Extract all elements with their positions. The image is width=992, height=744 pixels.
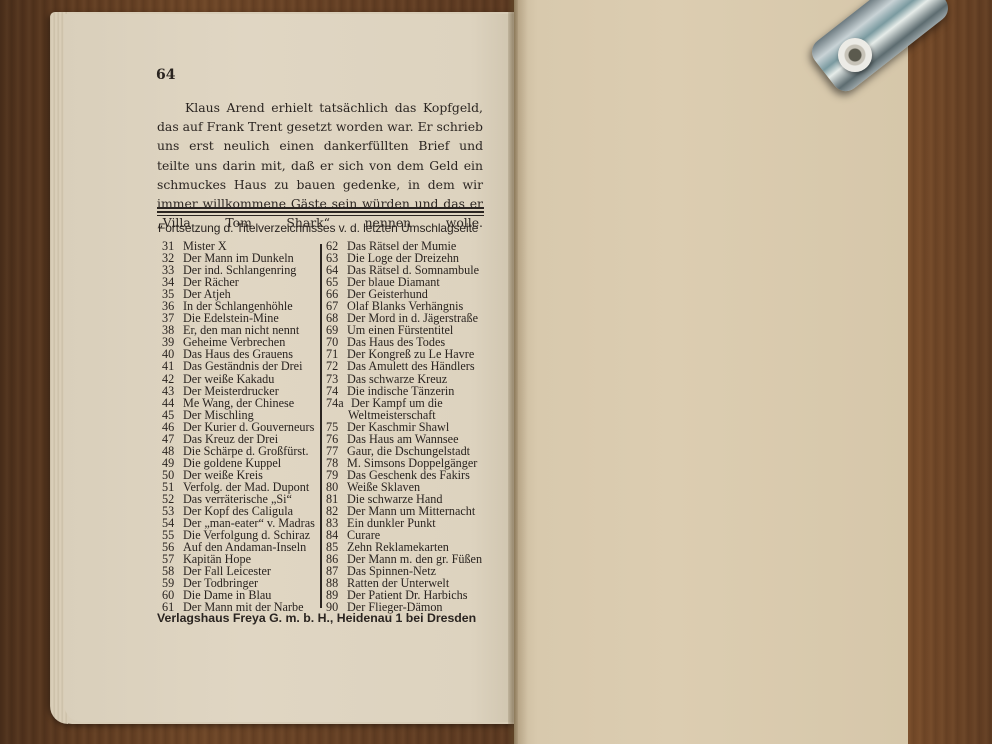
title-list-item: 74Die indische Tänzerin: [326, 385, 491, 397]
item-title: Me Wang, der Chinese: [183, 397, 294, 409]
item-number: 46: [162, 421, 180, 433]
pen-cap-icon: [838, 38, 872, 72]
title-list-item: 46Der Kurier d. Gouverneurs: [162, 421, 320, 433]
triple-rule-divider: [157, 207, 484, 217]
rule-line: [157, 207, 484, 209]
item-number: 47: [162, 433, 180, 445]
title-list-item: 72Das Amulett des Händlers: [326, 360, 491, 372]
rule-line: [157, 211, 484, 213]
item-title: Der Kurier d. Gouverneurs: [183, 421, 314, 433]
title-list-item: Weltmeisterschaft: [326, 409, 491, 421]
item-number: 44: [162, 397, 180, 409]
item-title: Die indische Tänzerin: [347, 385, 454, 397]
item-title: Weltmeisterschaft: [348, 409, 436, 421]
item-number: 72: [326, 360, 344, 372]
right-page-blank: [514, 0, 908, 744]
item-title: Das Haus am Wannsee: [347, 433, 459, 445]
item-title: Das Geständnis der Drei: [183, 360, 302, 372]
title-list-item: 75Der Kaschmir Shawl: [326, 421, 491, 433]
title-list-item: 74aDer Kampf um die: [326, 397, 491, 409]
item-title: Der Meisterdrucker: [183, 385, 279, 397]
item-number: 43: [162, 385, 180, 397]
title-list-item: 43Der Meisterdrucker: [162, 385, 320, 397]
title-list-heading: Fortsetzung d. Titelverzeichnisses v. d.…: [158, 221, 488, 235]
item-title: Der Kaschmir Shawl: [347, 421, 449, 433]
title-list-item: 44Me Wang, der Chinese: [162, 397, 320, 409]
item-number: 74a: [326, 397, 348, 409]
item-number: 42: [162, 373, 180, 385]
item-title: Der Mischling: [183, 409, 254, 421]
title-list-right-column: 62Das Rätsel der Mumie63Die Loge der Dre…: [326, 240, 491, 613]
item-number: 45: [162, 409, 180, 421]
book-gutter: [508, 0, 518, 744]
item-number: 41: [162, 360, 180, 372]
item-number: 74: [326, 385, 344, 397]
title-list-item: 73Das schwarze Kreuz: [326, 373, 491, 385]
page-number: 64: [156, 67, 175, 83]
publisher-imprint: Verlagshaus Freya G. m. b. H., Heidenau …: [157, 611, 476, 625]
item-title: Das schwarze Kreuz: [347, 373, 447, 385]
title-list-item: 41Das Geständnis der Drei: [162, 360, 320, 372]
title-list-left-column: 31Mister X32Der Mann im Dunkeln33Der ind…: [162, 240, 320, 613]
item-title: Der weiße Kakadu: [183, 373, 274, 385]
item-number: 76: [326, 433, 344, 445]
item-title: Der Kampf um die: [351, 397, 443, 409]
title-list-item: 47Das Kreuz der Drei: [162, 433, 320, 445]
item-number: 75: [326, 421, 344, 433]
rule-line: [157, 215, 484, 216]
title-list-item: 42Der weiße Kakadu: [162, 373, 320, 385]
item-number: 73: [326, 373, 344, 385]
item-title: Das Amulett des Händlers: [347, 360, 475, 372]
title-list-item: 45Der Mischling: [162, 409, 320, 421]
title-list-item: 76Das Haus am Wannsee: [326, 433, 491, 445]
column-divider: [320, 244, 322, 608]
item-title: Das Kreuz der Drei: [183, 433, 278, 445]
